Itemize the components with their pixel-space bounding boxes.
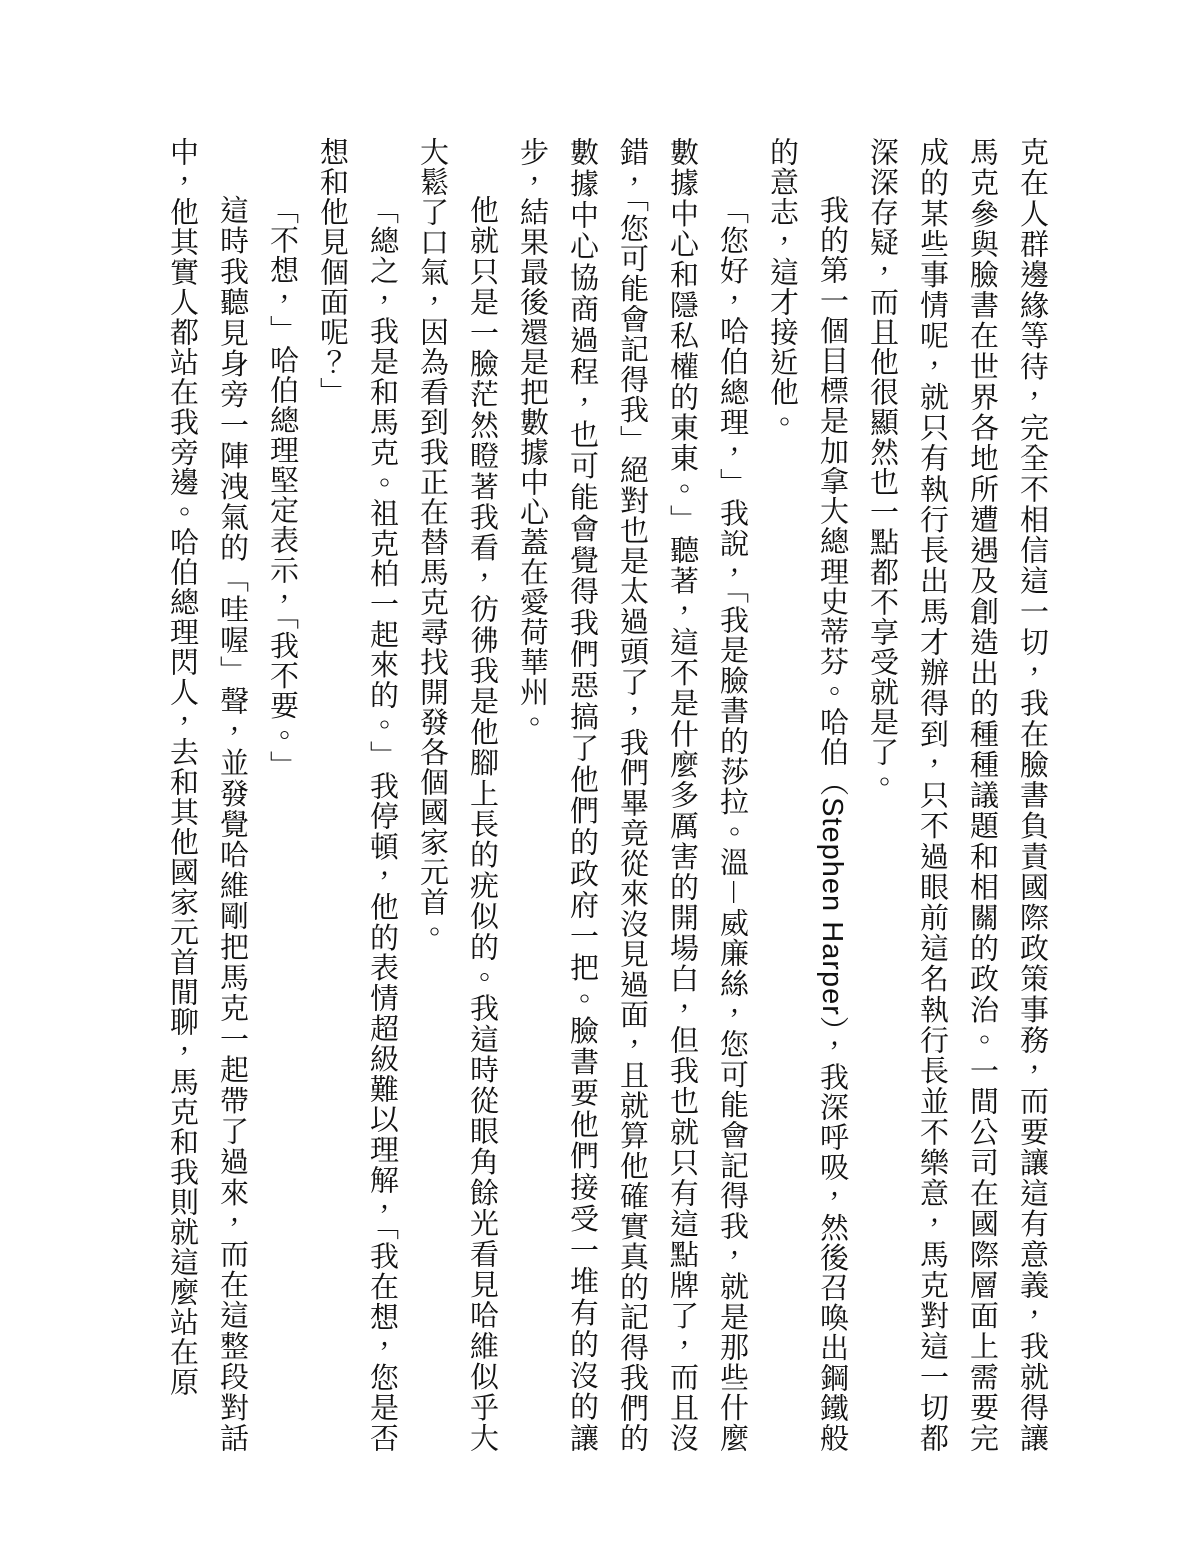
paragraph-3: 「您好，哈伯總理，」我說，「我是臉書的莎拉。溫－威廉絲，您可能會記得我，就是那些… bbox=[507, 137, 757, 1453]
text-block: 克在人群邊緣等待，完全不相信這一切，我在臉書負責國際政策事務，而要讓這有意義，我… bbox=[157, 137, 1057, 1453]
paragraph-1: 克在人群邊緣等待，完全不相信這一切，我在臉書負責國際政策事務，而要讓這有意義，我… bbox=[857, 137, 1057, 1453]
paragraph-4: 他就只是一臉茫然瞪著我看，彷彿我是他腳上長的疣似的。我這時從眼角餘光看見哈維似乎… bbox=[407, 137, 507, 1453]
book-page: 克在人群邊緣等待，完全不相信這一切，我在臉書負責國際政策事務，而要讓這有意義，我… bbox=[0, 0, 1200, 1553]
paragraph-2: 我的第一個目標是加拿大總理史蒂芬。哈伯（Stephen Harper），我深呼吸… bbox=[757, 137, 857, 1453]
paragraph-6: 「不想，」哈伯總理堅定表示，「我不要。」 bbox=[257, 137, 307, 1453]
paragraph-5: 「總之，我是和馬克。祖克柏一起來的。」我停頓，他的表情超級難以理解，「我在想，您… bbox=[307, 137, 407, 1453]
paragraph-7: 這時我聽見身旁一陣洩氣的「哇喔」聲，並發覺哈維剛把馬克一起帶了過來，而在這整段對… bbox=[157, 137, 257, 1453]
